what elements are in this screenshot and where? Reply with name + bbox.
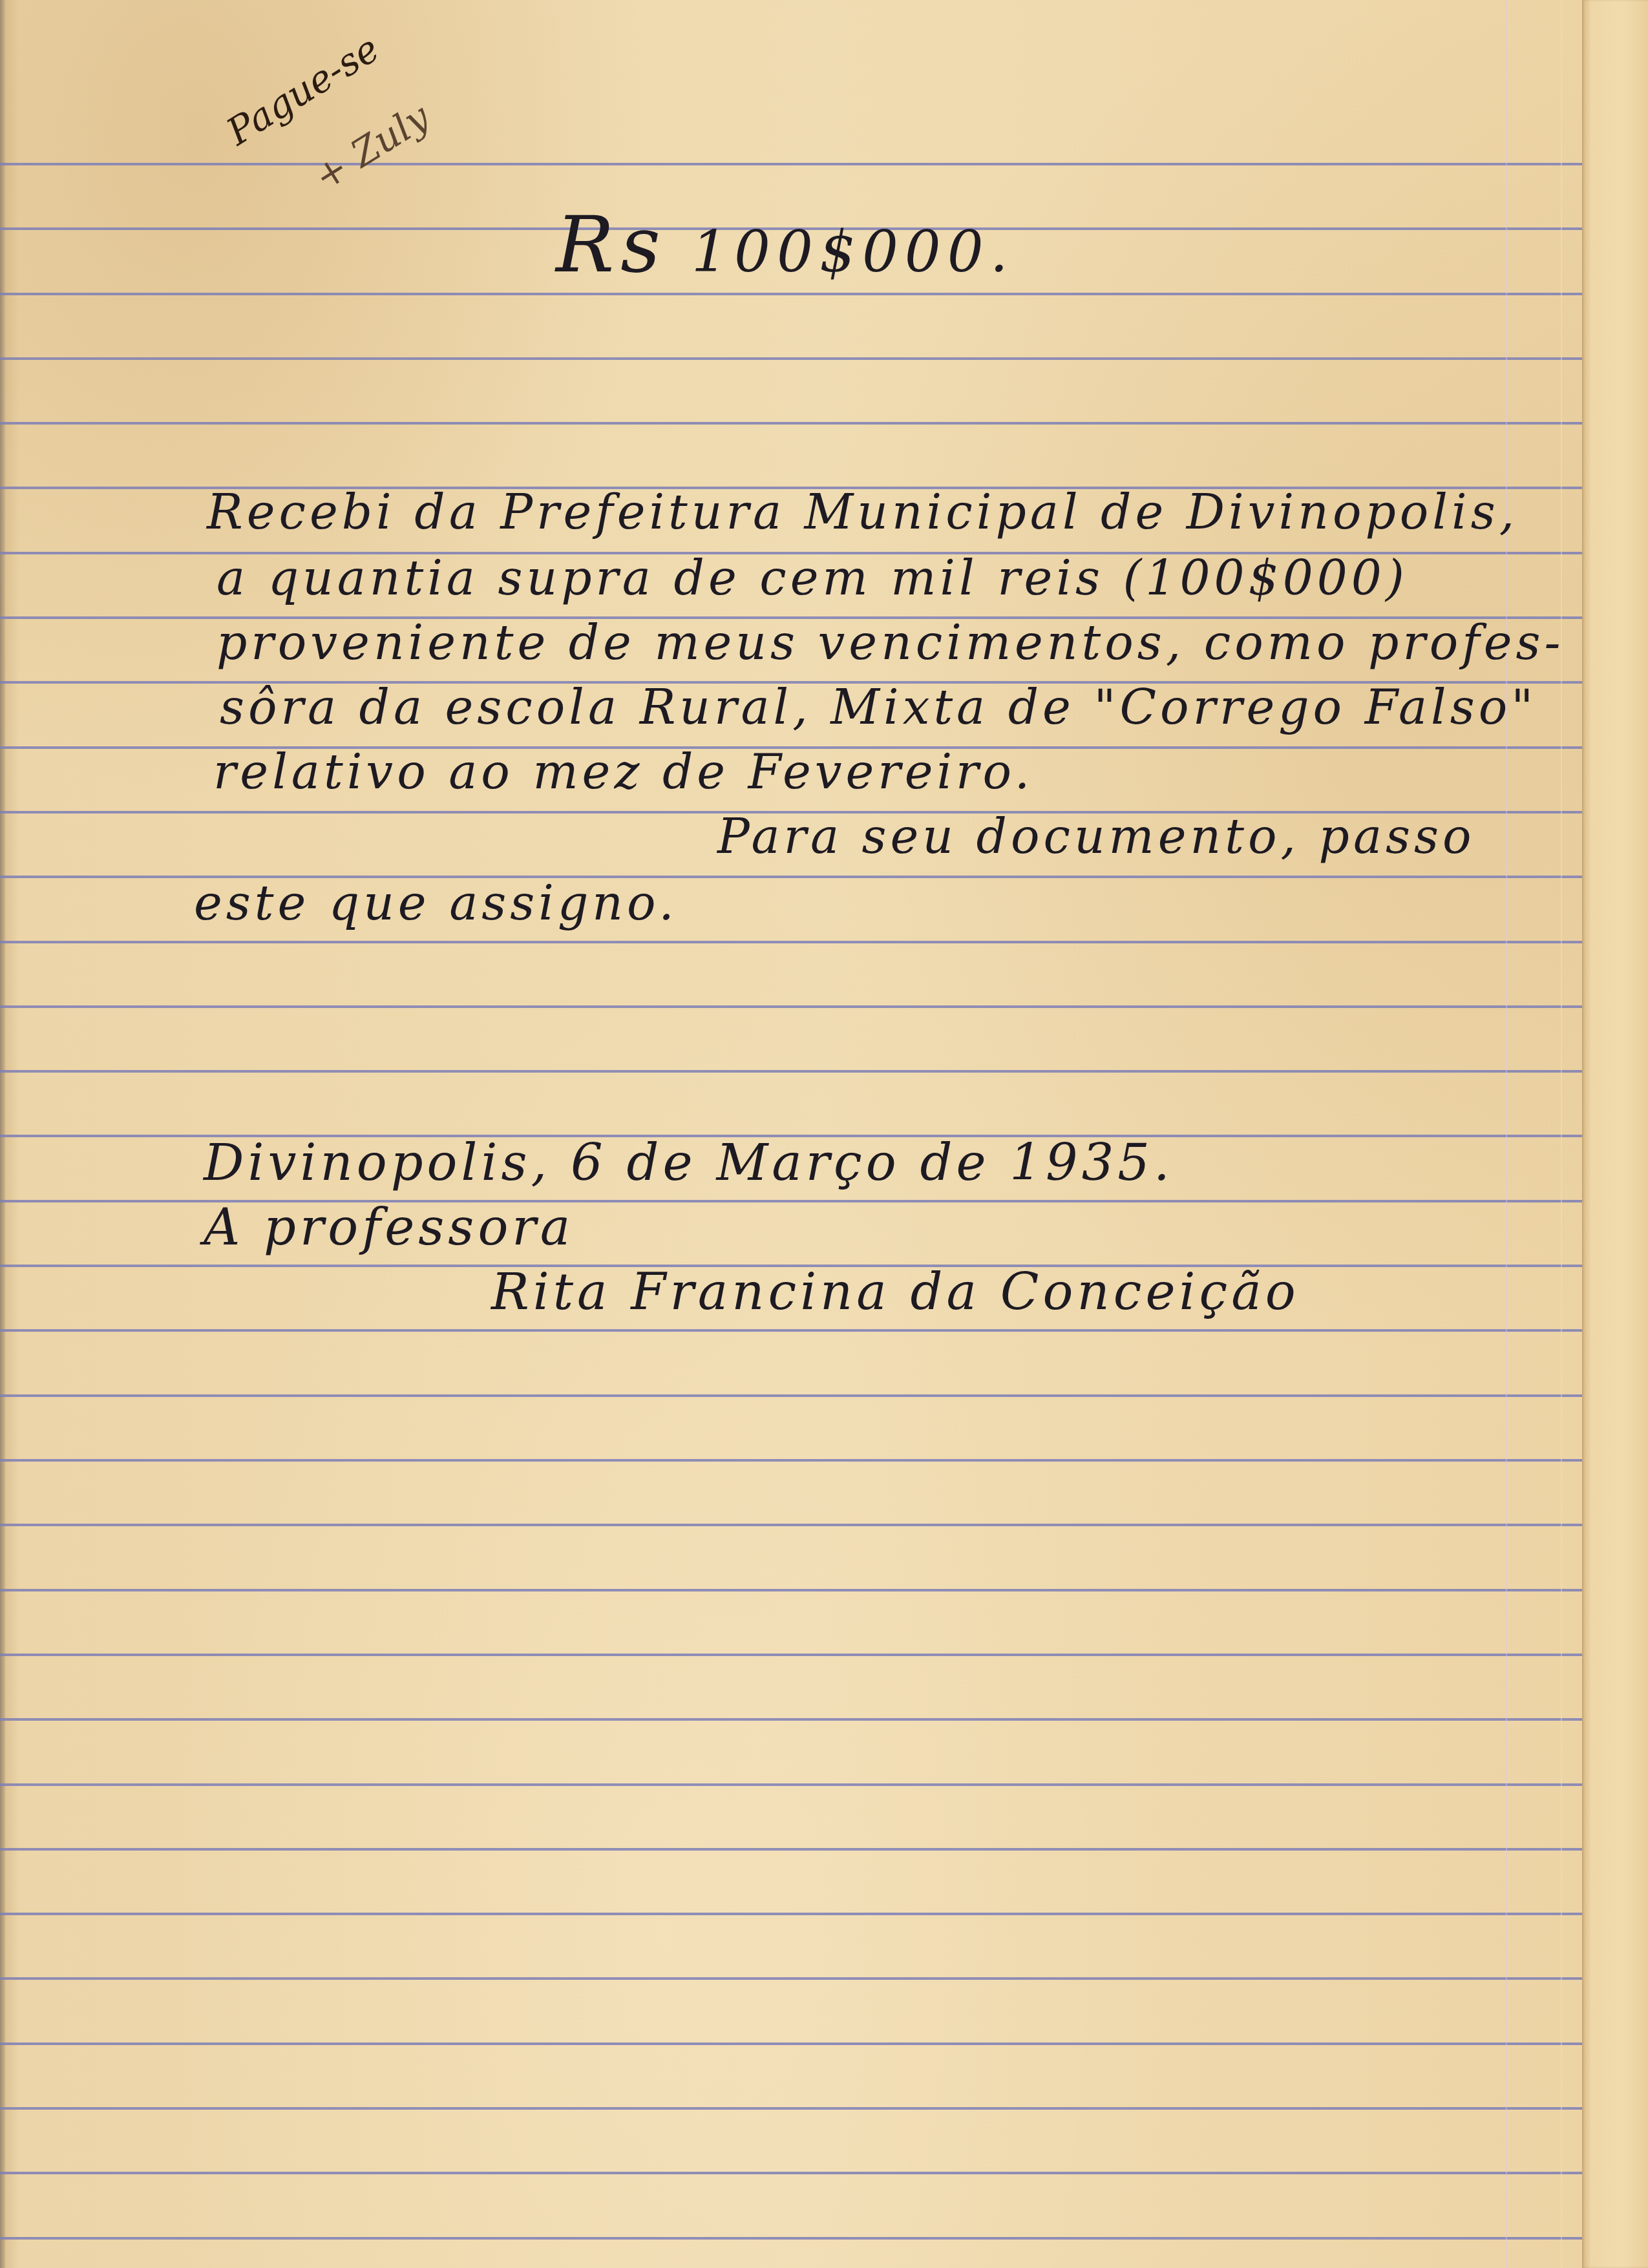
- currency-symbol: Rs: [556, 200, 667, 290]
- ruled-line: [0, 1848, 1582, 1851]
- ruled-line: [0, 1394, 1582, 1397]
- ruled-line: [0, 1913, 1582, 1915]
- ruled-line: [0, 2107, 1582, 2110]
- signature: Rita Francina da Conceição: [491, 1263, 1300, 1321]
- ruled-line: [0, 941, 1582, 943]
- place-date: Divinopolis, 6 de Março de 1935.: [204, 1134, 1174, 1192]
- ruled-line: [0, 422, 1582, 425]
- amount-value: 100$000.: [692, 218, 1015, 285]
- faint-vertical-rule: [1506, 0, 1507, 2268]
- ruled-line: [0, 2237, 1582, 2240]
- ruled-line: [0, 1070, 1582, 1073]
- body-line-7: este que assigno.: [194, 876, 678, 931]
- ruled-line: [0, 1977, 1582, 1980]
- ruled-line: [0, 1005, 1582, 1008]
- paper-fold-strip: [1582, 0, 1648, 2268]
- ruled-line: [0, 1589, 1582, 1591]
- ruled-line: [0, 163, 1582, 165]
- body-line-6: Para seu documento, passo: [717, 809, 1475, 865]
- faint-vertical-rule: [1561, 0, 1562, 2268]
- body-line-2: a quantia supra de cem mil reis (100$000…: [217, 551, 1408, 606]
- ruled-line: [0, 357, 1582, 360]
- ruled-line: [0, 2042, 1582, 2045]
- body-line-4: sôra da escola Rural, Mixta de "Corrego …: [220, 680, 1537, 735]
- document-page: Pague-se + Zuly Rs 100$000. Recebi da Pr…: [0, 0, 1648, 2268]
- ruled-line: [0, 293, 1582, 295]
- ruled-line: [0, 1718, 1582, 1721]
- body-line-1: Recebi da Prefeitura Municipal de Divino…: [207, 485, 1518, 540]
- ruled-line: [0, 1783, 1582, 1786]
- ruled-line: [0, 1524, 1582, 1526]
- amount-heading: Rs 100$000.: [556, 200, 1015, 290]
- ruled-line: [0, 2172, 1582, 2174]
- ruled-line: [0, 1329, 1582, 1332]
- signer-role: A professora: [204, 1199, 574, 1257]
- ruled-line: [0, 1654, 1582, 1656]
- body-line-5: relativo ao mez de Fevereiro.: [213, 744, 1033, 800]
- ruled-line: [0, 1459, 1582, 1462]
- body-line-3: proveniente de meus vencimentos, como pr…: [217, 615, 1565, 671]
